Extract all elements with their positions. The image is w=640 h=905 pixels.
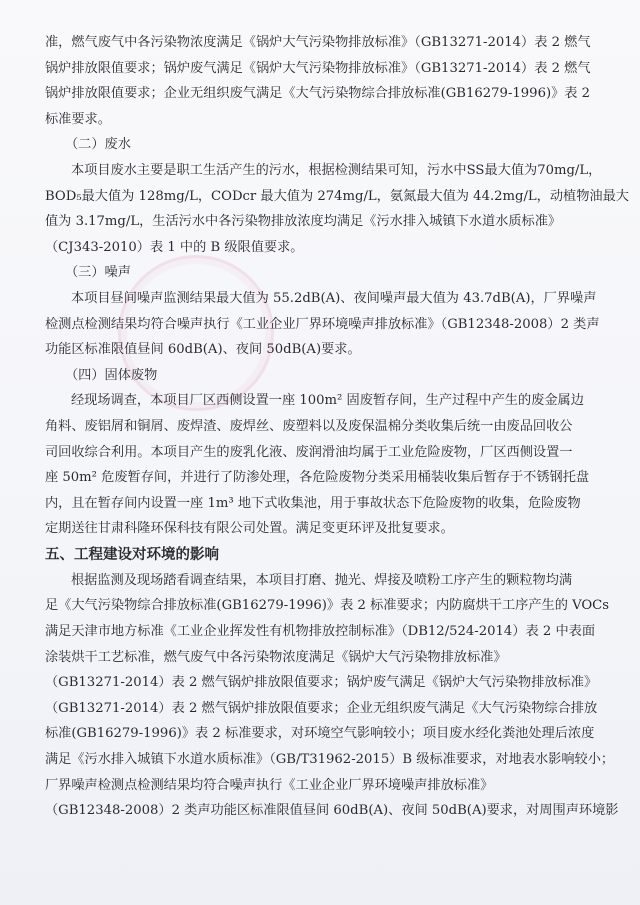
text-line: （GB13271-2014）表 2 燃气锅炉排放限值要求；企业无组织废气满足《大… <box>45 696 597 722</box>
scanned-document-page: 准，燃气废气中各污染物浓度满足《锅炉大气污染物排放标准》（GB13271-201… <box>0 0 640 905</box>
text-line: 内，且在暂存间内设置一座 1m³ 地下式收集池，用于事故状态下危险废物的收集，危… <box>45 491 597 517</box>
text-line: 涂装烘干工艺标准，燃气废气中各污染物浓度满足《锅炉大气污染物排放标准》 <box>45 645 597 671</box>
text-line: 根据监测及现场踏看调查结果，本项目打磨、抛光、焊接及喷粉工序产生的颗粒物均满 <box>45 568 597 594</box>
document-body: 准，燃气废气中各污染物浓度满足《锅炉大气污染物排放标准》（GB13271-201… <box>45 30 597 824</box>
text-line: 锅炉排放限值要求；企业无组织废气满足《大气污染物综合排放标准(GB16279-1… <box>45 81 597 107</box>
text-line: 本项目昼间噪声监测结果最大值为 55.2dB(A)、夜间噪声最大值为 43.7d… <box>45 286 597 312</box>
text-line: 司回收综合利用。本项目产生的废乳化液、废润滑油均属于工业危险废物，厂区西侧设置一 <box>45 440 597 466</box>
subsection-heading: （四）固体废物 <box>45 363 597 389</box>
section-heading: 五、工程建设对环境的影响 <box>45 542 597 568</box>
text-line: 足《大气污染物综合排放标准(GB16279-1996)》表 2 标准要求；内防腐… <box>45 593 597 619</box>
text-line: （GB12348-2008）2 类声功能区标准限值昼间 60dB(A)、夜间 5… <box>45 798 597 824</box>
text-line: 检测点检测结果均符合噪声执行《工业企业厂界环境噪声排放标准》（GB12348-2… <box>45 312 597 338</box>
text-line: 满足《污水排入城镇下水道水质标准》（GB/T31962-2015）B 级标准要求… <box>45 747 597 773</box>
text-line: 准，燃气废气中各污染物浓度满足《锅炉大气污染物排放标准》（GB13271-201… <box>45 30 597 56</box>
text-line: 经现场调查，本项目厂区西侧设置一座 100m² 固废暂存间，生产过程中产生的废金… <box>45 388 597 414</box>
text-line: 值为 3.17mg/L，生活污水中各污染物排放浓度均满足《污水排入城镇下水道水质… <box>45 209 597 235</box>
text-line: 标准(GB16279-1996)》表 2 标准要求，对环境空气影响较小；项目废水… <box>45 721 597 747</box>
text-line: 满足天津市地方标准《工业企业挥发性有机物排放控制标准》（DB12/524-201… <box>45 619 597 645</box>
subsection-heading: （三）噪声 <box>45 260 597 286</box>
text-line: 本项目废水主要是职工生活产生的污水，根据检测结果可知，污水中SS最大值为70mg… <box>45 158 597 184</box>
text-line: 功能区标准限值昼间 60dB(A)、夜间 50dB(A)要求。 <box>45 337 597 363</box>
text-line: BOD₅最大值为 128mg/L，CODcr 最大值为 274mg/L，氨氮最大… <box>45 184 597 210</box>
text-line: 锅炉排放限值要求；锅炉废气满足《锅炉大气污染物排放标准》（GB13271-201… <box>45 56 597 82</box>
text-line: 标准要求。 <box>45 107 597 133</box>
text-line: （GB13271-2014）表 2 燃气锅炉排放限值要求；锅炉废气满足《锅炉大气… <box>45 670 597 696</box>
subsection-heading: （二）废水 <box>45 132 597 158</box>
text-line: 角料、废铝屑和铜屑、废焊渣、废焊丝、废塑料以及废保温棉分类收集后统一由废品回收公 <box>45 414 597 440</box>
text-line: （CJ343-2010）表 1 中的 B 级限值要求。 <box>45 235 597 261</box>
text-line: 座 50m² 危废暂存间，并进行了防渗处理，各危险废物分类采用桶装收集后暂存于不… <box>45 465 597 491</box>
text-line: 定期送往甘肃科隆环保科技有限公司处置。满足变更环评及批复要求。 <box>45 516 597 542</box>
text-line: 厂界噪声检测点检测结果均符合噪声执行《工业企业厂界环境噪声排放标准》 <box>45 773 597 799</box>
